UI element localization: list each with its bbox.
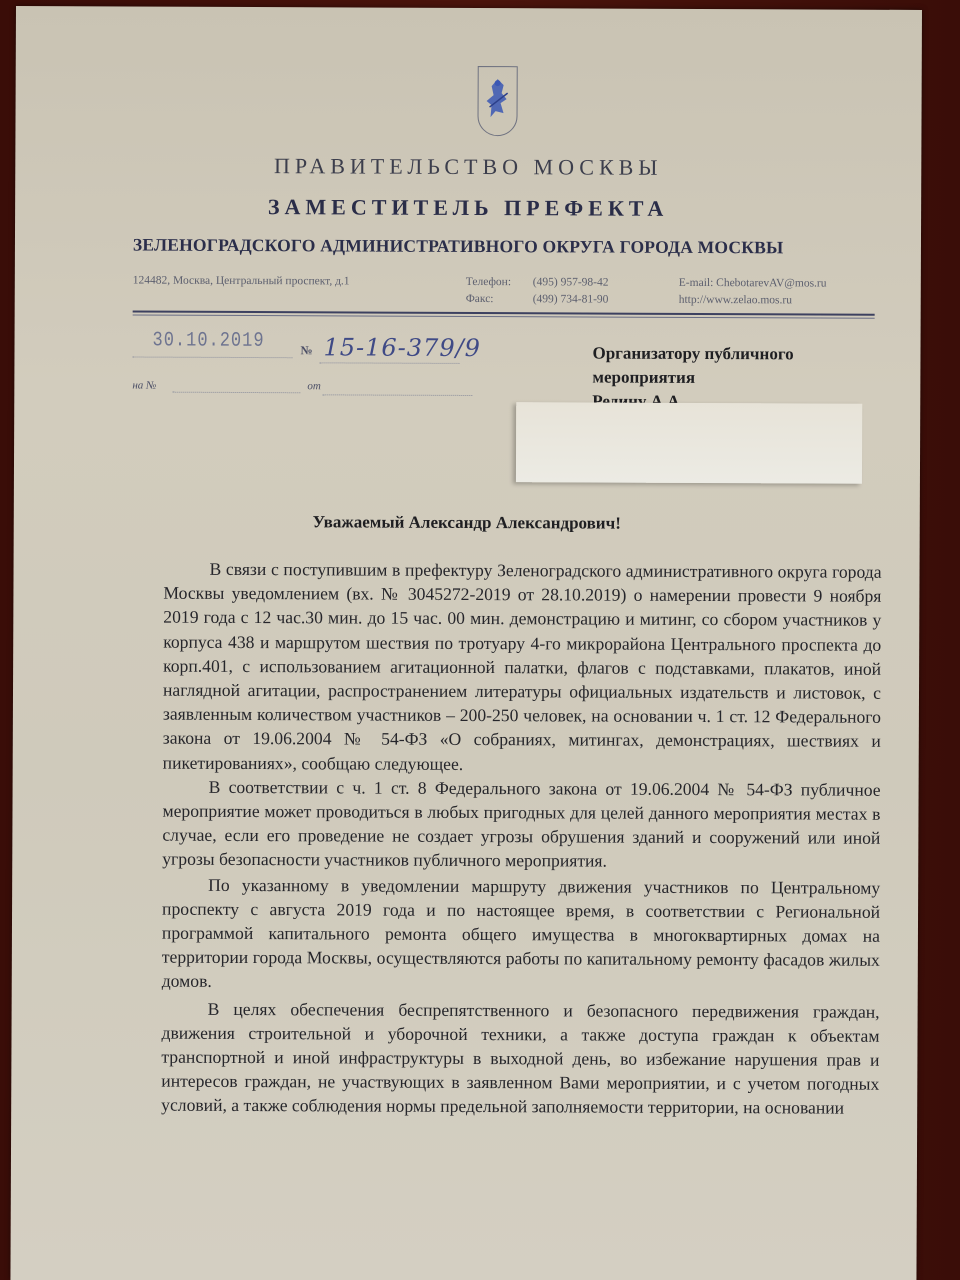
salutation: Уважаемый Александр Александрович!: [14, 511, 920, 535]
phone-number: (495) 957-98-42: [533, 274, 609, 291]
phone-label: Телефон:: [466, 274, 511, 291]
fax-label: Факс:: [466, 291, 494, 308]
body-paragraph-3: По указанному в уведомлении маршруту дви…: [162, 872, 881, 996]
district-title: ЗЕЛЕНОГРАДСКОГО АДМИНИСТРАТИВНОГО ОКРУГА…: [133, 235, 883, 259]
reference-date-line: [322, 394, 472, 396]
date-underline: [132, 357, 292, 359]
addressee-line-2: мероприятия: [592, 366, 793, 391]
email-address: E-mail: ChebotarevAV@mos.ru: [679, 275, 827, 293]
number-underline: [319, 362, 459, 364]
position-title: ЗАМЕСТИТЕЛЬ ПРЕФЕКТА: [15, 193, 921, 223]
website-url: http://www.zelao.mos.ru: [679, 292, 792, 309]
redaction-paper-strip: [516, 402, 862, 484]
registration-date: 30.10.2019: [152, 330, 264, 353]
letter-page: ПРАВИТЕЛЬСТВО МОСКВЫ ЗАМЕСТИТЕЛЬ ПРЕФЕКТ…: [10, 6, 922, 1280]
addressee-line-1: Организатору публичного: [592, 342, 793, 367]
reference-number-label: на №: [132, 380, 156, 392]
government-title: ПРАВИТЕЛЬСТВО МОСКВЫ: [15, 152, 921, 182]
registration-number: 15-16-379/9: [323, 333, 481, 362]
office-address: 124482, Москва, Центральный проспект, д.…: [133, 273, 350, 291]
reference-number-line: [172, 392, 300, 394]
body-paragraph-4: В целях обеспечения беспрепятственного и…: [161, 996, 880, 1120]
fax-number: (499) 734-81-90: [533, 291, 609, 308]
body-paragraph-2: В соответствии с ч. 1 ст. 8 Федерального…: [162, 774, 880, 874]
reference-date-label: от: [307, 380, 321, 392]
number-label: №: [300, 343, 312, 358]
body-paragraph-1: В связи с поступившим в префектуру Зелен…: [163, 557, 882, 778]
coat-of-arms-icon: [477, 66, 517, 136]
letter-body: В связи с поступившим в префектуру Зелен…: [161, 557, 881, 1121]
